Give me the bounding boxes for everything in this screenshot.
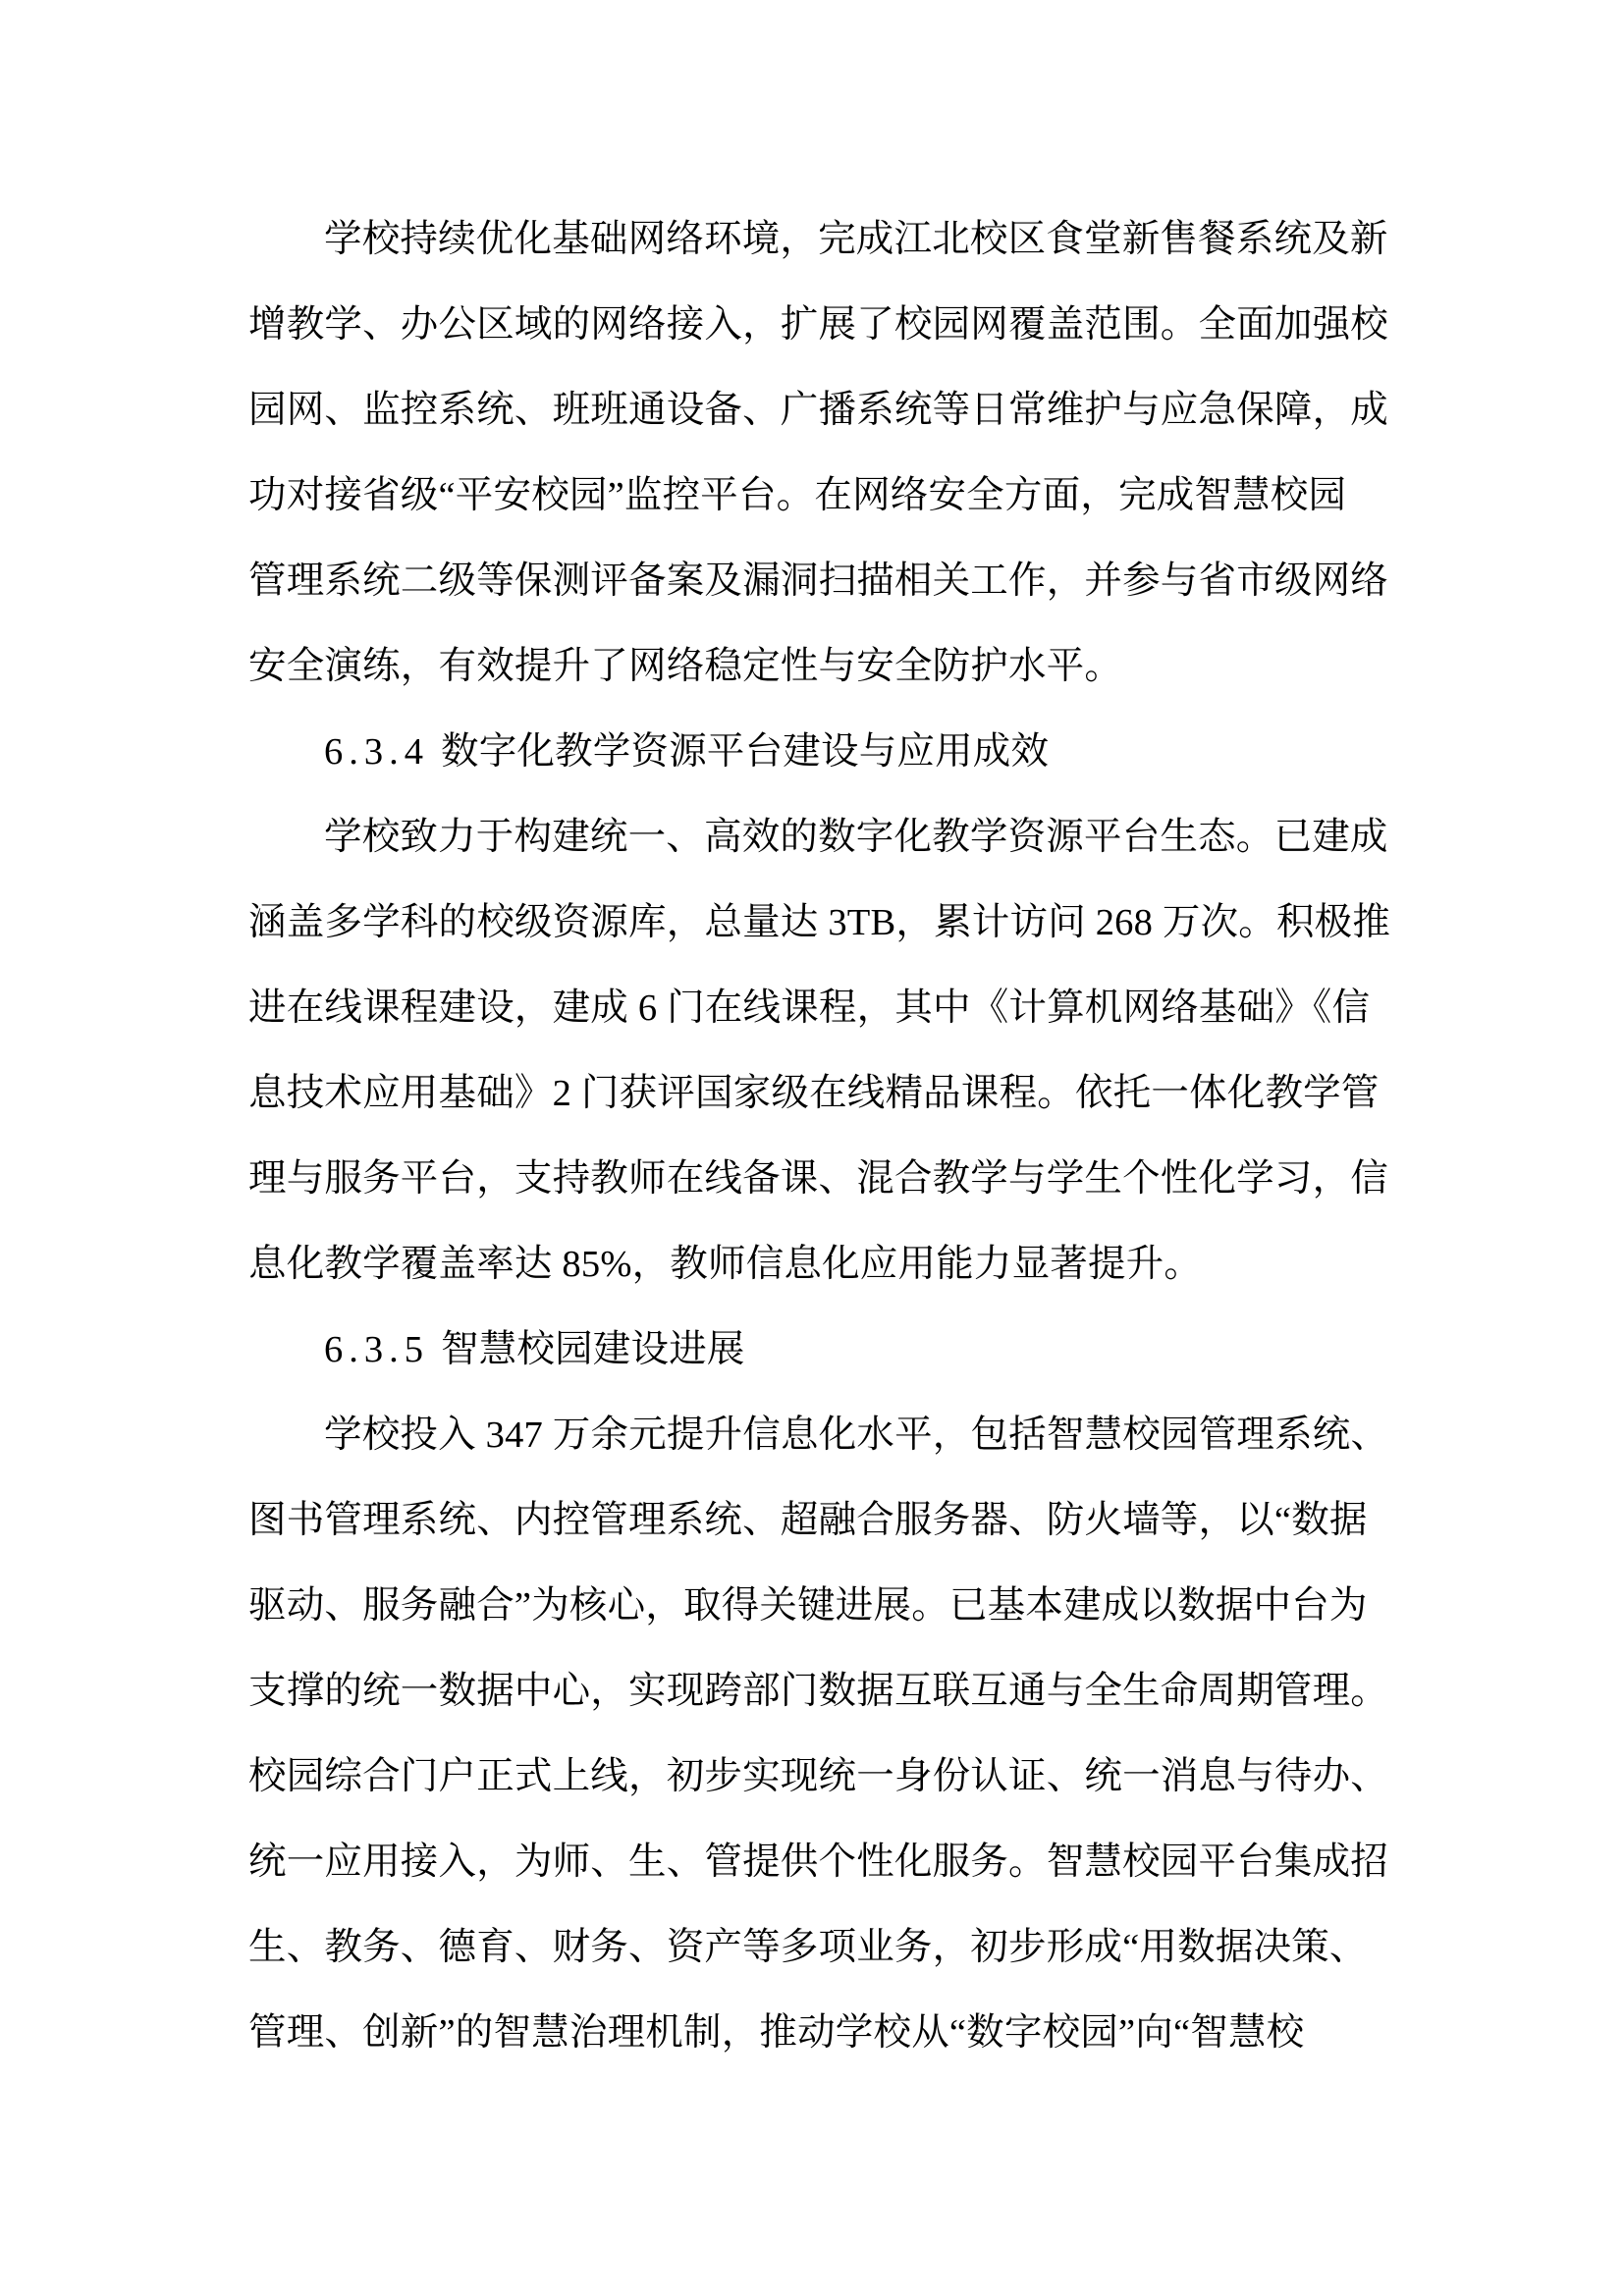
section-number: 6.3.4 [324, 731, 429, 773]
section-title: 数字化教学资源平台建设与应用成效 [441, 731, 1049, 773]
paragraph-line: 支撑的统一数据中心，实现跨部门数据互联互通与全生命周期管理。 [248, 1649, 1476, 1735]
section-number: 6.3.5 [324, 1329, 429, 1370]
paragraph-line: 图书管理系统、内控管理系统、超融合服务器、防火墙等，以“数据 [248, 1478, 1476, 1564]
paragraph-line: 理与服务平台，支持教师在线备课、混合教学与学生个性化学习，信 [248, 1137, 1476, 1222]
paragraph-line: 学校投入 347 万余元提升信息化水平，包括智慧校园管理系统、 [248, 1393, 1476, 1478]
section-heading-6-3-4: 6.3.4数字化教学资源平台建设与应用成效 [248, 710, 1476, 795]
paragraph-line: 园网、监控系统、班班通设备、广播系统等日常维护与应急保障，成 [248, 368, 1476, 454]
paragraph-line: 校园综合门户正式上线，初步实现统一身份认证、统一消息与待办、 [248, 1735, 1476, 1820]
paragraph-line: 进在线课程建设，建成 6 门在线课程，其中《计算机网络基础》《信 [248, 966, 1476, 1051]
paragraph-line: 学校持续优化基础网络环境，完成江北校区食堂新售餐系统及新 [248, 197, 1476, 283]
section-title: 智慧校园建设进展 [441, 1329, 745, 1370]
section-heading-6-3-5: 6.3.5智慧校园建设进展 [248, 1308, 1476, 1393]
paragraph-line: 息化教学覆盖率达 85%，教师信息化应用能力显著提升。 [248, 1222, 1476, 1308]
paragraph-line: 统一应用接入，为师、生、管提供个性化服务。智慧校园平台集成招 [248, 1820, 1476, 1905]
paragraph-line: 驱动、服务融合”为核心，取得关键进展。已基本建成以数据中台为 [248, 1564, 1476, 1649]
paragraph-line: 安全演练，有效提升了网络稳定性与安全防护水平。 [248, 624, 1476, 710]
paragraph-line: 涵盖多学科的校级资源库，总量达 3TB，累计访问 268 万次。积极推 [248, 881, 1476, 966]
paragraph-line: 管理系统二级等保测评备案及漏洞扫描相关工作，并参与省市级网络 [248, 539, 1476, 624]
paragraph-line: 息技术应用基础》2 门获评国家级在线精品课程。依托一体化教学管 [248, 1051, 1476, 1137]
paragraph-line: 增教学、办公区域的网络接入，扩展了校园网覆盖范围。全面加强校 [248, 283, 1476, 368]
paragraph-line: 功对接省级“平安校园”监控平台。在网络安全方面，完成智慧校园 [248, 454, 1476, 539]
paragraph-line: 管理、创新”的智慧治理机制，推动学校从“数字校园”向“智慧校 [248, 1991, 1476, 2076]
paragraph-line: 生、教务、德育、财务、资产等多项业务，初步形成“用数据决策、 [248, 1905, 1476, 1991]
paragraph-line: 学校致力于构建统一、高效的数字化教学资源平台生态。已建成 [248, 795, 1476, 881]
document-page: 学校持续优化基础网络环境，完成江北校区食堂新售餐系统及新 增教学、办公区域的网络… [248, 197, 1476, 2076]
